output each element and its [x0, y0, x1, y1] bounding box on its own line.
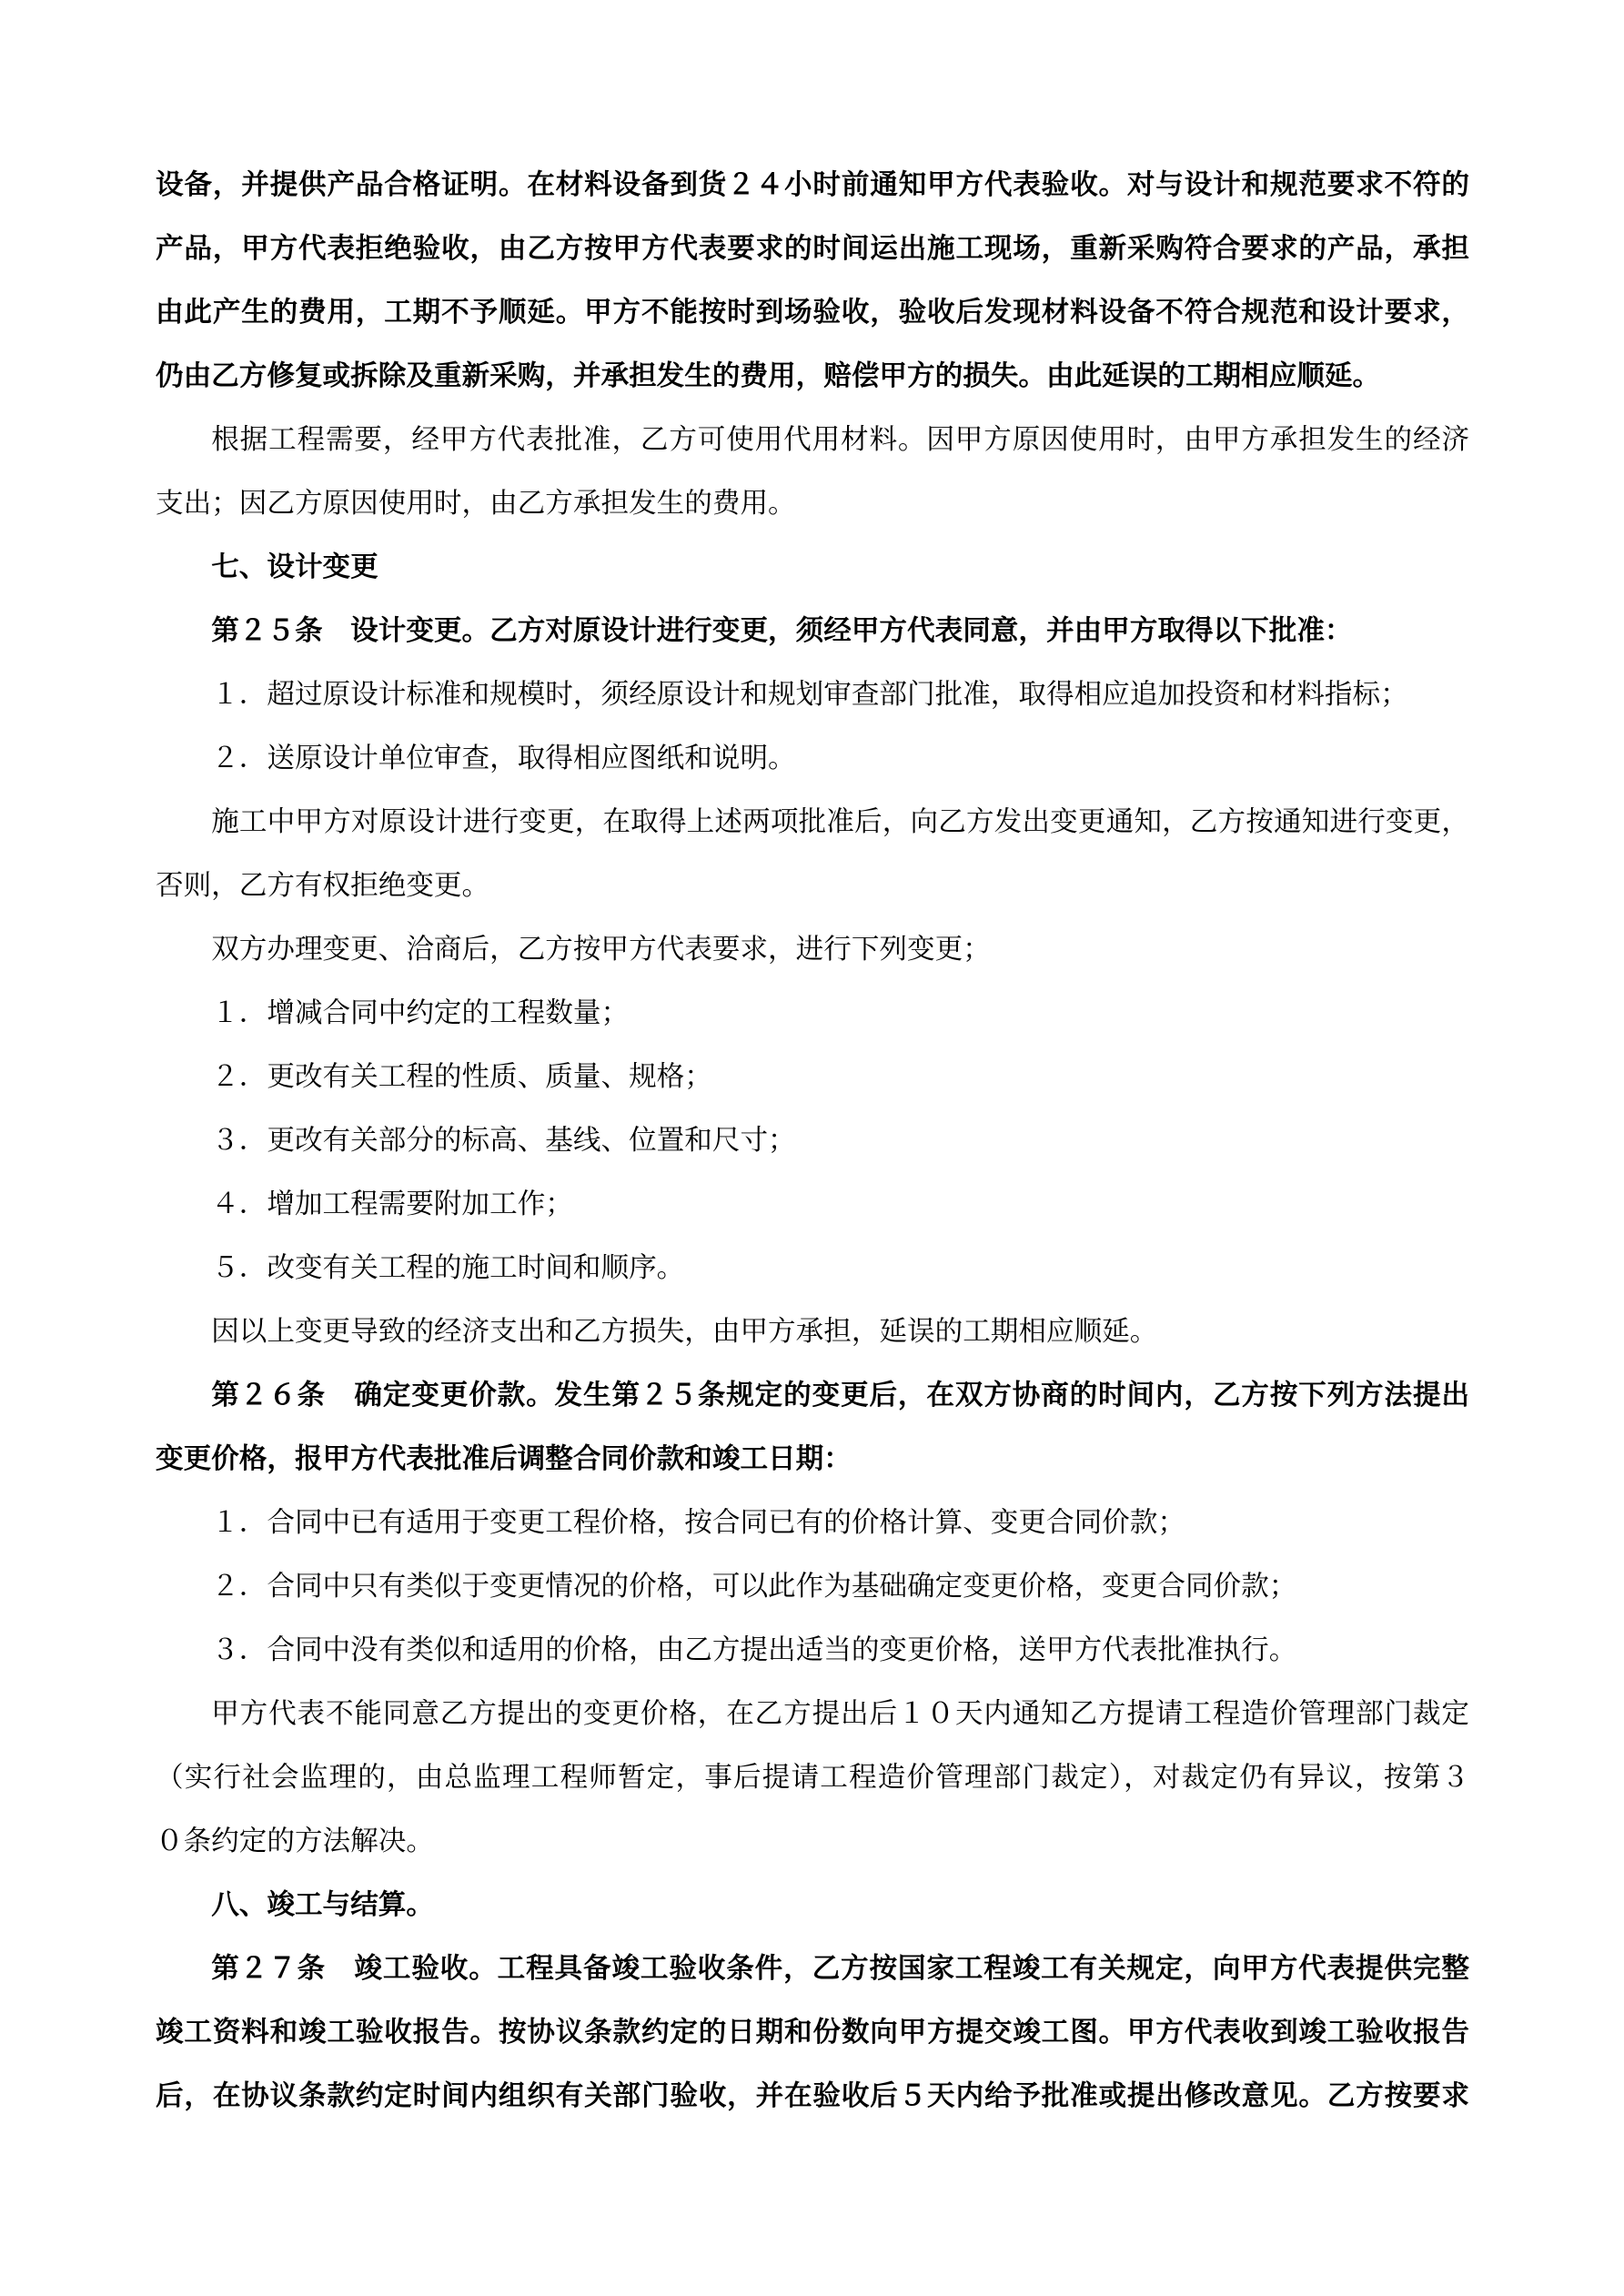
change-list-item-1: １．增减合同中约定的工程数量； — [156, 981, 1469, 1045]
clause-24-continuation-line: 产品，甲方代表拒绝验收，由乙方按甲方代表要求的时间运出施工现场，重新采购符合要求… — [156, 217, 1469, 280]
change-list-item-4: ４．增加工程需要附加工作； — [156, 1172, 1469, 1236]
substitute-materials-paragraph-line: 支出；因乙方原因使用时，由乙方承担发生的费用。 — [156, 471, 1469, 535]
section-7-heading: 七、设计变更 — [156, 535, 1469, 599]
clause-26-heading-line: 变更价格，报甲方代表批准后调整合同价款和竣工日期： — [156, 1427, 1469, 1491]
clause-25-paragraph-line: 否则，乙方有权拒绝变更。 — [156, 854, 1469, 917]
clause-25-paragraph-line: 施工中甲方对原设计进行变更，在取得上述两项批准后，向乙方发出变更通知，乙方按通知… — [156, 790, 1469, 854]
substitute-materials-paragraph-line: 根据工程需要，经甲方代表批准，乙方可使用代用材料。因甲方原因使用时，由甲方承担发… — [156, 408, 1469, 471]
change-list-item-2: ２．更改有关工程的性质、质量、规格； — [156, 1045, 1469, 1108]
clause-27-heading-line: 后，在协议条款约定时间内组织有关部门验收，并在验收后５天内给予批准或提出修改意见… — [156, 2064, 1469, 2128]
clause-25-list-item-1: １．超过原设计标准和规模时，须经原设计和规划审查部门批准，取得相应追加投资和材料… — [156, 663, 1469, 726]
clause-24-continuation-line: 设备，并提供产品合格证明。在材料设备到货２４小时前通知甲方代表验收。对与设计和规… — [156, 153, 1469, 217]
clause-26-paragraph-line: ０条约定的方法解决。 — [156, 1809, 1469, 1873]
clause-25-paragraph-line: 双方办理变更、洽商后，乙方按甲方代表要求，进行下列变更； — [156, 917, 1469, 981]
text-block: 设备，并提供产品合格证明。在材料设备到货２４小时前通知甲方代表验收。对与设计和规… — [156, 153, 1469, 2128]
clause-26-paragraph-line: 甲方代表不能同意乙方提出的变更价格，在乙方提出后１０天内通知乙方提请工程造价管理… — [156, 1682, 1469, 1745]
clause-27-heading-line: 竣工资料和竣工验收报告。按协议条款约定的日期和份数向甲方提交竣工图。甲方代表收到… — [156, 2000, 1469, 2064]
clause-27-heading-line: 第２７条 竣工验收。工程具备竣工验收条件，乙方按国家工程竣工有关规定，向甲方代表… — [156, 1937, 1469, 2000]
change-list-item-5: ５．改变有关工程的施工时间和顺序。 — [156, 1236, 1469, 1300]
clause-24-continuation-line: 由此产生的费用，工期不予顺延。甲方不能按时到场验收，验收后发现材料设备不符合规范… — [156, 280, 1469, 344]
clause-26-heading-line: 第２６条 确定变更价款。发生第２５条规定的变更后，在双方协商的时间内，乙方按下列… — [156, 1363, 1469, 1427]
document-page: 设备，并提供产品合格证明。在材料设备到货２４小时前通知甲方代表验收。对与设计和规… — [0, 0, 1624, 2296]
clause-26-paragraph-line: （实行社会监理的，由总监理工程师暂定，事后提请工程造价管理部门裁定），对裁定仍有… — [156, 1745, 1469, 1809]
clause-25-list-item-2: ２．送原设计单位审查，取得相应图纸和说明。 — [156, 726, 1469, 790]
change-list-item-3: ３．更改有关部分的标高、基线、位置和尺寸； — [156, 1108, 1469, 1172]
clause-24-continuation-line: 仍由乙方修复或拆除及重新采购，并承担发生的费用，赔偿甲方的损失。由此延误的工期相… — [156, 344, 1469, 408]
clause-25-closing-line: 因以上变更导致的经济支出和乙方损失，由甲方承担，延误的工期相应顺延。 — [156, 1300, 1469, 1363]
clause-25-heading-line: 第２５条 设计变更。乙方对原设计进行变更，须经甲方代表同意，并由甲方取得以下批准… — [156, 599, 1469, 663]
section-8-heading: 八、竣工与结算。 — [156, 1873, 1469, 1937]
price-method-list-item-3: ３．合同中没有类似和适用的价格，由乙方提出适当的变更价格，送甲方代表批准执行。 — [156, 1618, 1469, 1682]
price-method-list-item-2: ２．合同中只有类似于变更情况的价格，可以此作为基础确定变更价格，变更合同价款； — [156, 1554, 1469, 1618]
price-method-list-item-1: １．合同中已有适用于变更工程价格，按合同已有的价格计算、变更合同价款； — [156, 1491, 1469, 1554]
